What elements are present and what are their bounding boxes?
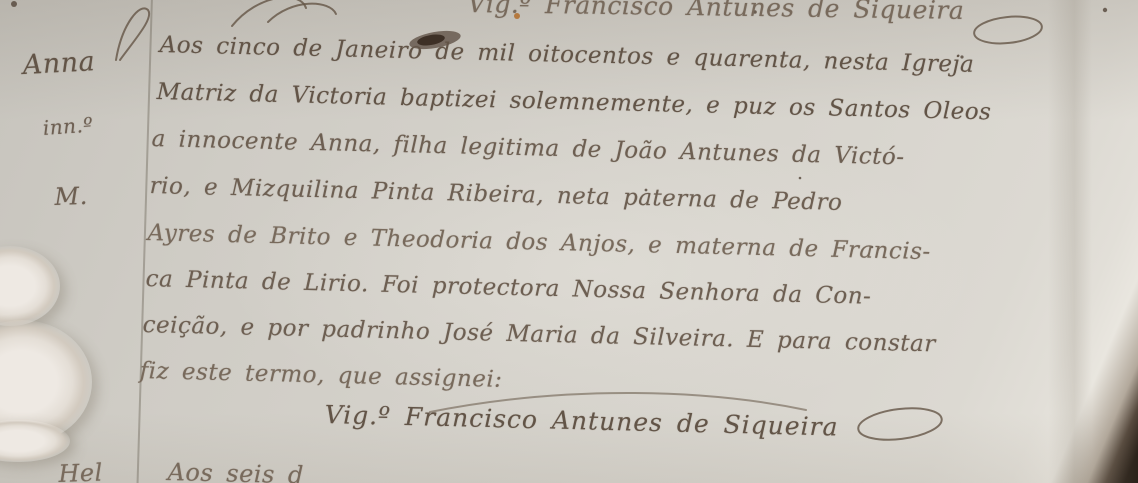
- record-line-4: rio, e Mizquilina Pinta Ribeira, neta pa…: [149, 173, 842, 216]
- record-line-6: ca Pinta de Lirio. Foi protectora Nossa …: [145, 266, 871, 310]
- record-line-7: ceição, e por padrinho José Maria da Sil…: [142, 312, 936, 357]
- record-line-8: fiz este termo, que assignei:: [139, 358, 502, 393]
- previous-entry-signature: Vig.º Francisco Antunes de Siqueira: [468, 0, 965, 25]
- record-line-1: Aos cinco de Janeiro de mil oitocentos e…: [159, 32, 974, 78]
- margin-entry-name: Anna: [22, 46, 96, 81]
- margin-abbreviation-2: M.: [54, 182, 88, 211]
- margin-abbreviation-1: inn.º: [42, 112, 94, 139]
- vicar-signature: Vig.º Francisco Antunes de Siqueira: [324, 400, 839, 442]
- record-line-3: a innocente Anna, filha legitima de João…: [151, 126, 905, 170]
- next-entry-first-line: Aos seis d: [167, 458, 304, 483]
- record-line-5: Ayres de Brito e Theodoria dos Anjos, e …: [147, 220, 931, 265]
- manuscript-page-photo: Vig.º Francisco Antunes de Siqueira Anna…: [0, 0, 1138, 483]
- record-line-2: Matriz da Victoria baptizei solemnemente…: [156, 79, 991, 125]
- next-entry-margin-name: Hel: [58, 458, 103, 483]
- handwriting-layer: Vig.º Francisco Antunes de Siqueira Anna…: [0, 0, 1138, 483]
